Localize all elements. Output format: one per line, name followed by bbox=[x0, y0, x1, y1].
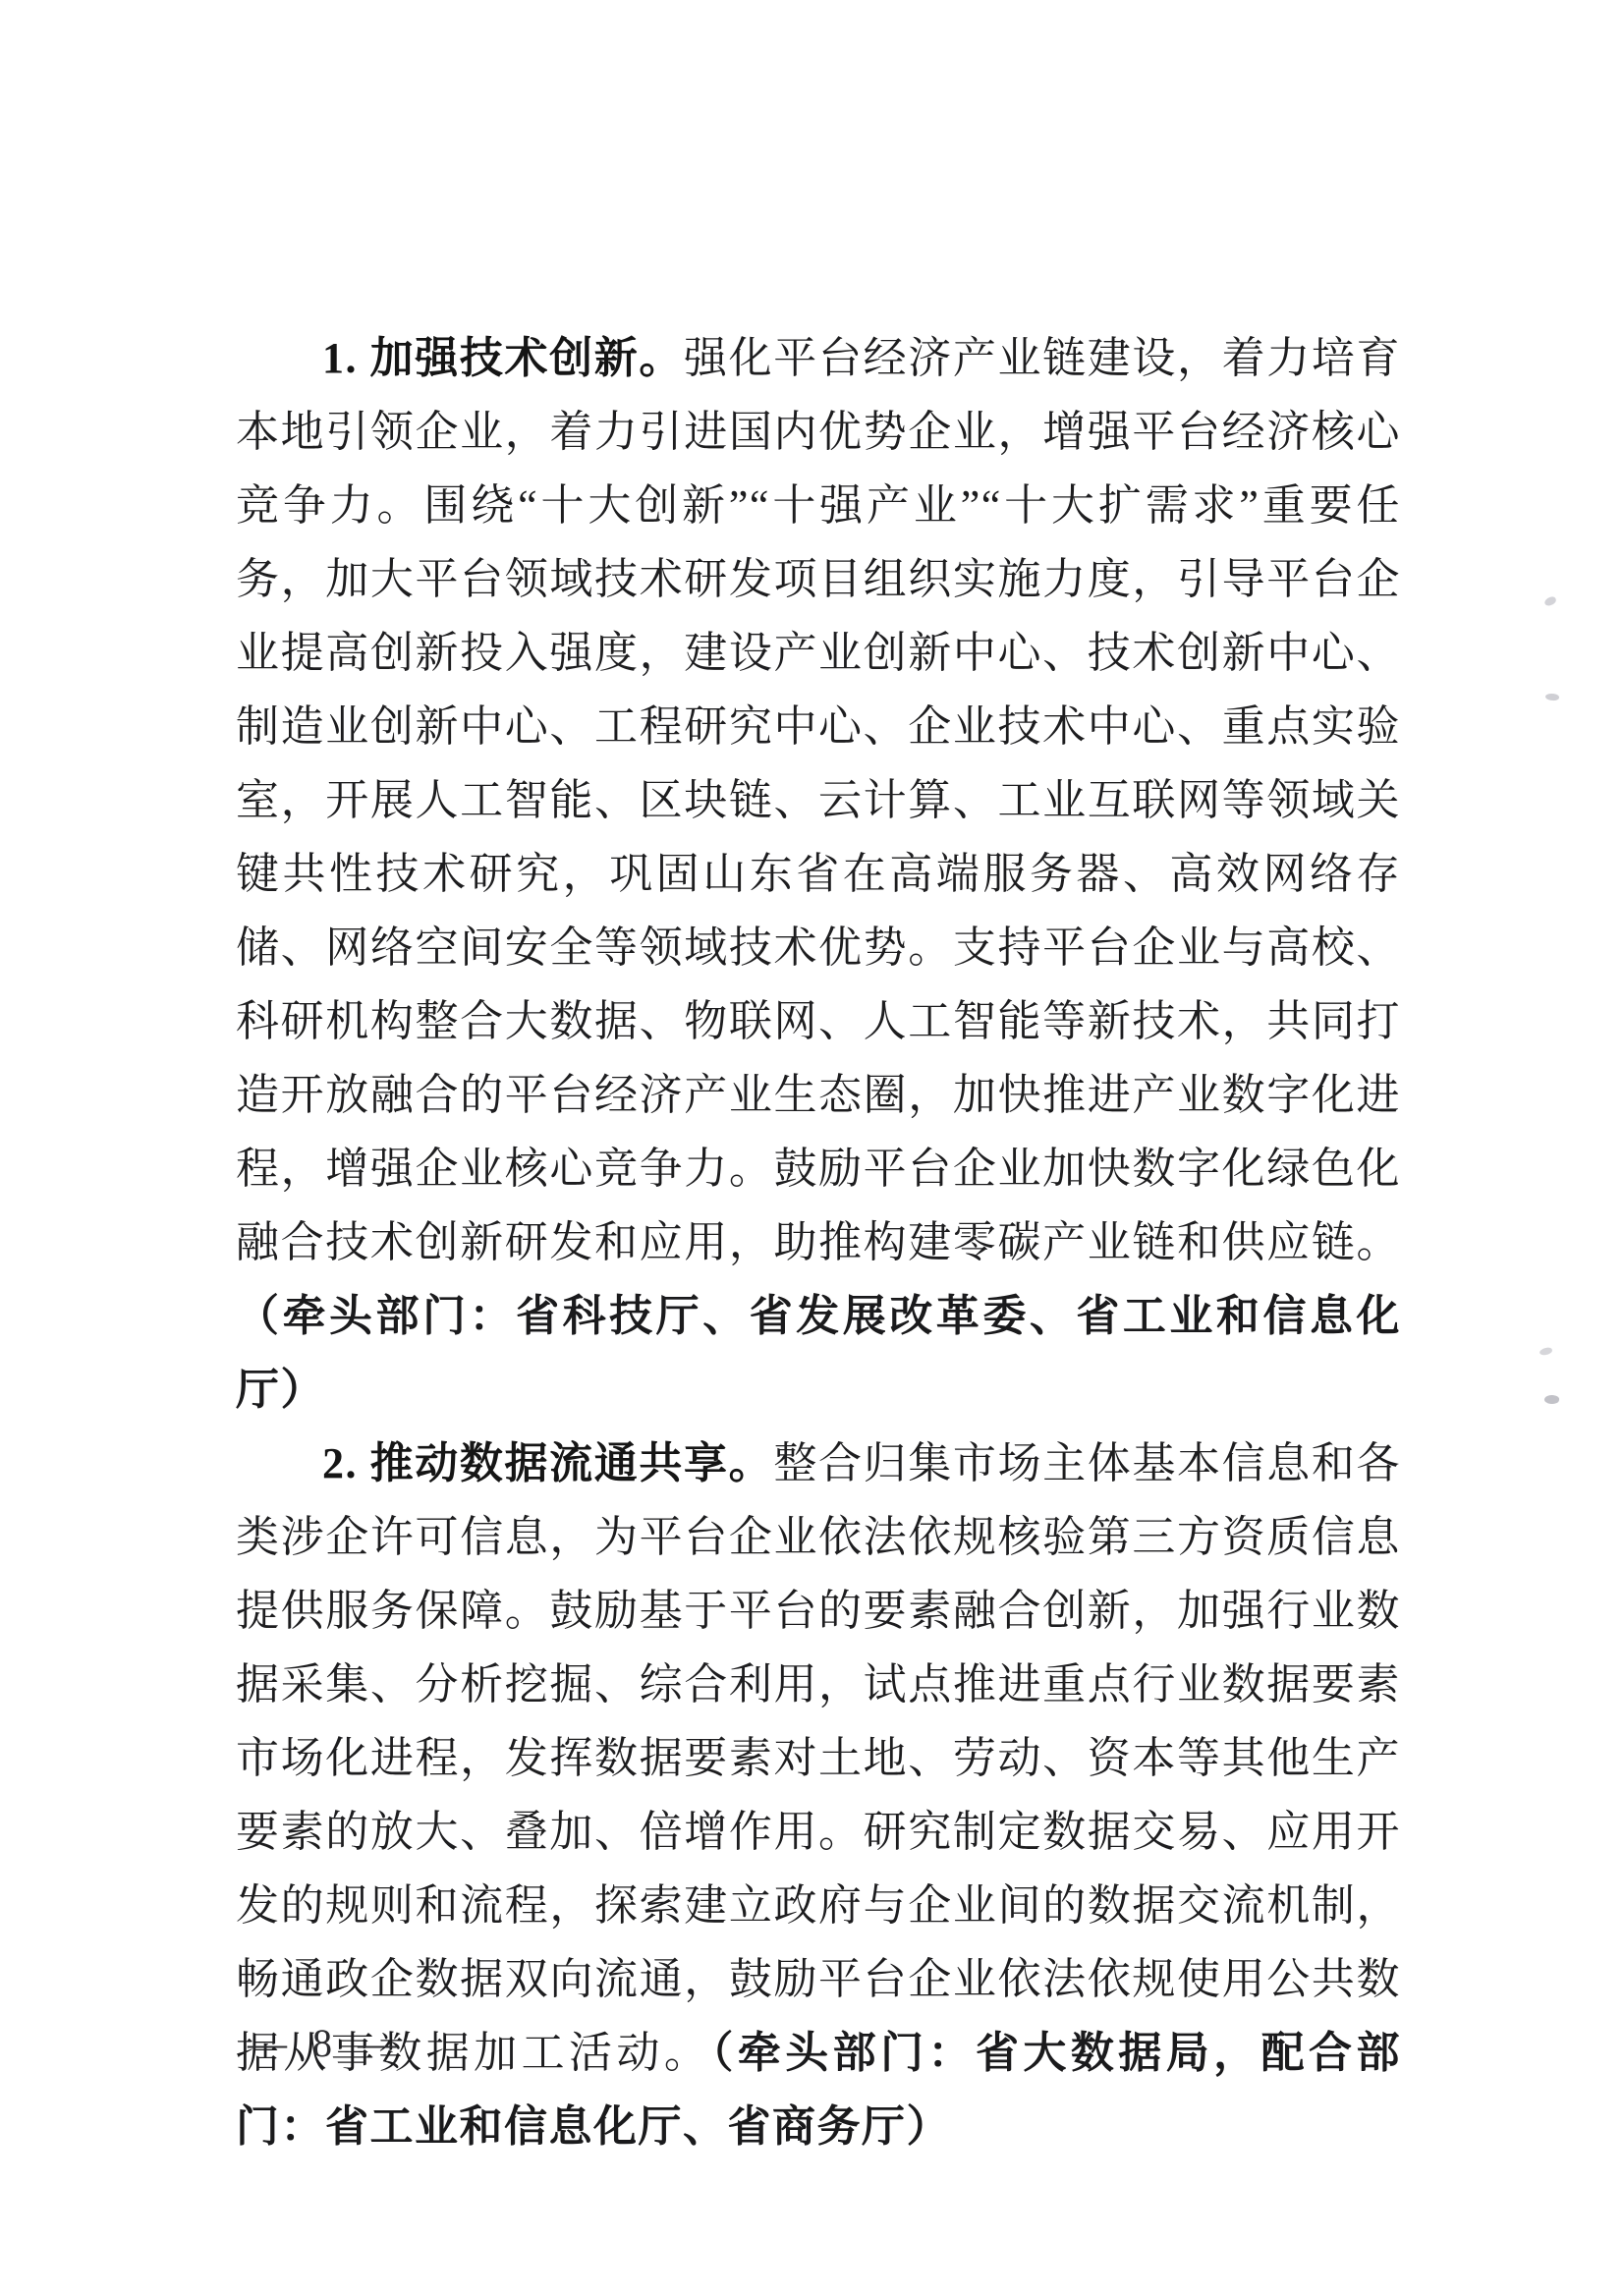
paragraph-1: 1. 加强技术创新。强化平台经济产业链建设，着力培育本地引领企业，着力引进国内优… bbox=[236, 321, 1401, 1427]
scan-speck bbox=[1544, 1394, 1560, 1405]
scan-speck bbox=[1543, 595, 1557, 606]
paragraph-2-heading: 2. 推动数据流通共享。 bbox=[322, 1439, 773, 1487]
scan-speck bbox=[1539, 1347, 1552, 1356]
paragraph-2: 2. 推动数据流通共享。整合归集市场主体基本信息和各类涉企许可信息，为平台企业依… bbox=[236, 1427, 1401, 2163]
paragraph-1-annotation: （牵头部门：省科技厅、省发展改革委、省工业和信息化厅） bbox=[236, 1292, 1401, 1414]
paragraph-1-heading: 1. 加强技术创新。 bbox=[322, 334, 684, 382]
scan-speck bbox=[1545, 693, 1560, 701]
page-number: — 8 — bbox=[248, 2022, 405, 2065]
paragraph-1-body: 强化平台经济产业链建设，着力培育本地引领企业，着力引进国内优势企业，增强平台经济… bbox=[236, 334, 1401, 1266]
document-page: 1. 加强技术创新。强化平台经济产业链建设，着力培育本地引领企业，着力引进国内优… bbox=[0, 0, 1624, 2296]
paragraph-2-body: 整合归集市场主体基本信息和各类涉企许可信息，为平台企业依法依规核验第三方资质信息… bbox=[236, 1439, 1401, 2077]
document-body: 1. 加强技术创新。强化平台经济产业链建设，着力培育本地引领企业，着力引进国内优… bbox=[236, 321, 1401, 2163]
